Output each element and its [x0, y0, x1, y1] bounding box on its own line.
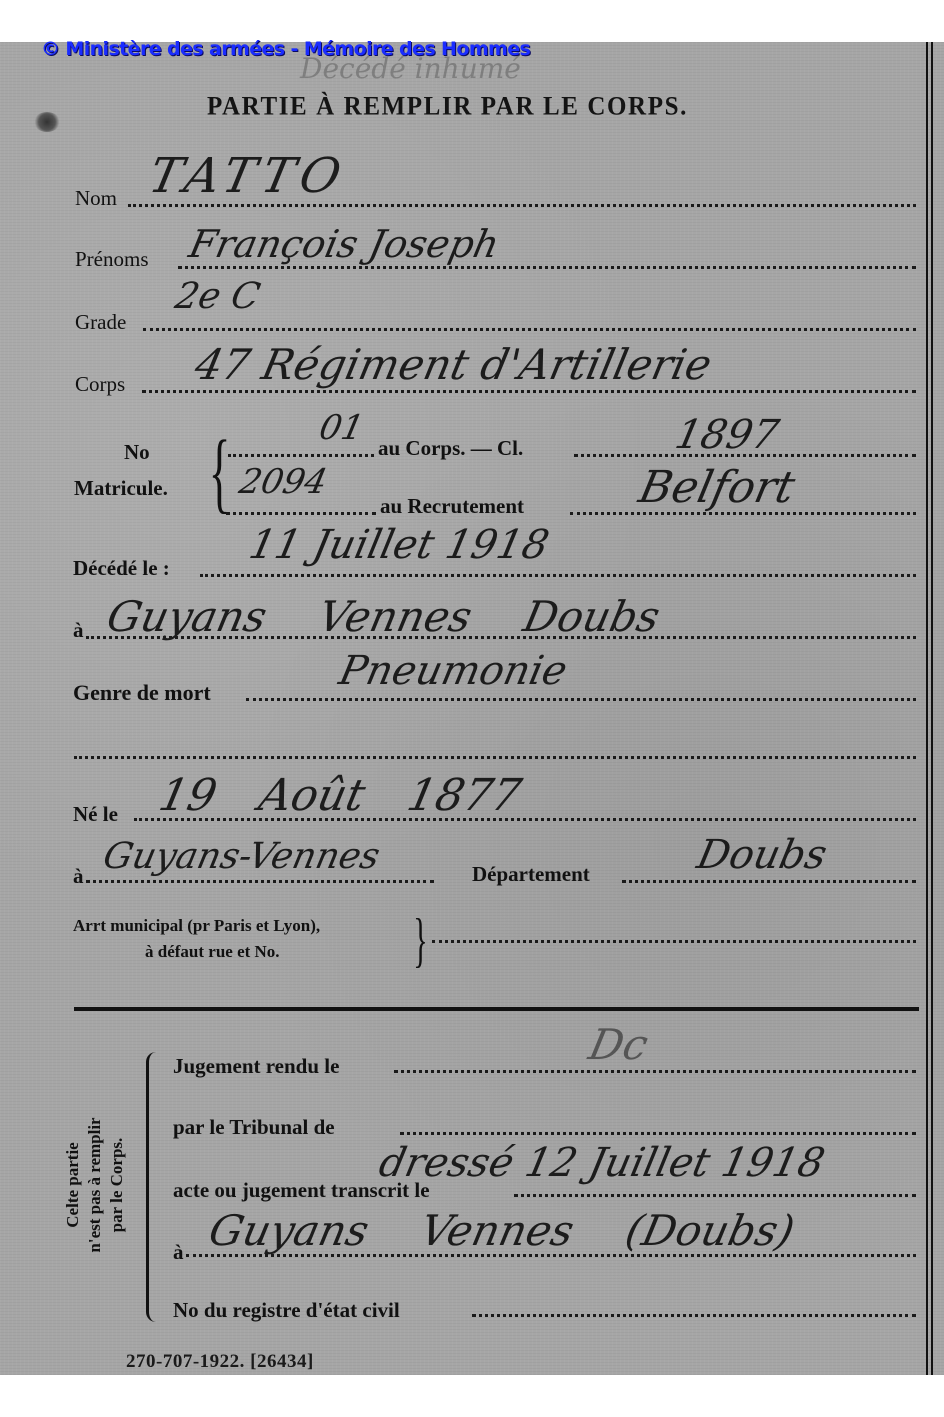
naissance-lieu-label: à [73, 864, 84, 889]
print-reference: 270-707-1922. [26434] [126, 1351, 314, 1373]
genre-mort-value: Pneumonie [335, 648, 571, 694]
corps-label: Corps [75, 372, 125, 397]
grade-line [143, 328, 916, 331]
tribunal-line [400, 1132, 916, 1135]
grade-value: 2e C [172, 276, 264, 317]
civil-section-side-note: Celte partie n'est pas à remplir par le … [62, 1070, 128, 1300]
matricule-label: Matricule. [74, 476, 168, 501]
genre-mort-line [246, 698, 916, 701]
departement-value: Doubs [693, 832, 831, 878]
arrondissement-line [432, 940, 916, 943]
corps-line [142, 390, 916, 393]
au-corps-line [228, 454, 374, 457]
copyright-watermark: © Ministère des armées - Mémoire des Hom… [41, 38, 530, 60]
form-title: PARTIE À REMPLIR PAR LE CORPS. [207, 92, 688, 121]
transcription-line [514, 1194, 916, 1197]
nom-label: Nom [75, 186, 117, 211]
arrondissement-brace: } [413, 910, 427, 970]
arrondissement-label-2: à défaut rue et No. [145, 942, 280, 962]
jugement-line [394, 1070, 916, 1073]
registre-line [472, 1314, 916, 1317]
naissance-lieu-value: Guyans-Vennes [100, 836, 384, 877]
section-divider [74, 1007, 919, 1011]
deces-date-line [200, 574, 916, 577]
ink-stain [34, 112, 60, 132]
genre-mort-label: Genre de mort [73, 680, 211, 706]
grade-label: Grade [75, 310, 126, 335]
prenoms-value: François Joseph [185, 222, 503, 266]
recrutement-number-line [226, 512, 376, 515]
border-line [931, 42, 933, 1375]
prenoms-line [178, 266, 916, 269]
matricule-no-label: No [124, 440, 150, 465]
naissance-date-label: Né le [73, 802, 118, 827]
tribunal-label: par le Tribunal de [173, 1115, 335, 1140]
recrutement-label: au Recrutement [380, 494, 524, 519]
transcription-value: dressé 12 Juillet 1918 [375, 1140, 829, 1186]
civil-lieu-label: à [173, 1240, 184, 1265]
deces-lieu-label: à [73, 618, 84, 643]
nom-line [128, 204, 916, 207]
matricule-brace: { [209, 428, 231, 518]
au-corps-label: au Corps. — Cl. [378, 436, 523, 461]
civil-section-brace [146, 1052, 161, 1322]
jugement-value: Dc [585, 1020, 653, 1069]
jugement-label: Jugement rendu le [173, 1054, 339, 1079]
registre-label: No du registre d'état civil [173, 1298, 400, 1323]
nom-value: TATTO [144, 148, 352, 204]
recrutement-number-value: 2094 [236, 462, 331, 502]
border-line [926, 42, 928, 1375]
deces-date-value: 11 Juillet 1918 [245, 522, 553, 568]
civil-lieu-value: Guyans Vennes (Doubs) [205, 1206, 799, 1255]
deces-date-label: Décédé le : [73, 556, 170, 581]
naissance-lieu-line [86, 880, 434, 883]
au-corps-value: 01 [316, 408, 368, 448]
corps-value: 47 Régiment d'Artillerie [191, 340, 716, 389]
naissance-date-value: 19 Août 1877 [155, 770, 526, 821]
deces-lieu-value: Guyans Vennes Doubs [103, 592, 664, 641]
prenoms-label: Prénoms [75, 247, 149, 272]
departement-label: Département [472, 862, 590, 887]
classe-value: 1897 [671, 412, 783, 458]
arrondissement-label: Arrt municipal (pr Paris et Lyon), [73, 916, 320, 936]
blank-line [74, 756, 916, 759]
departement-line [622, 880, 916, 883]
recrutement-value: Belfort [635, 462, 800, 513]
